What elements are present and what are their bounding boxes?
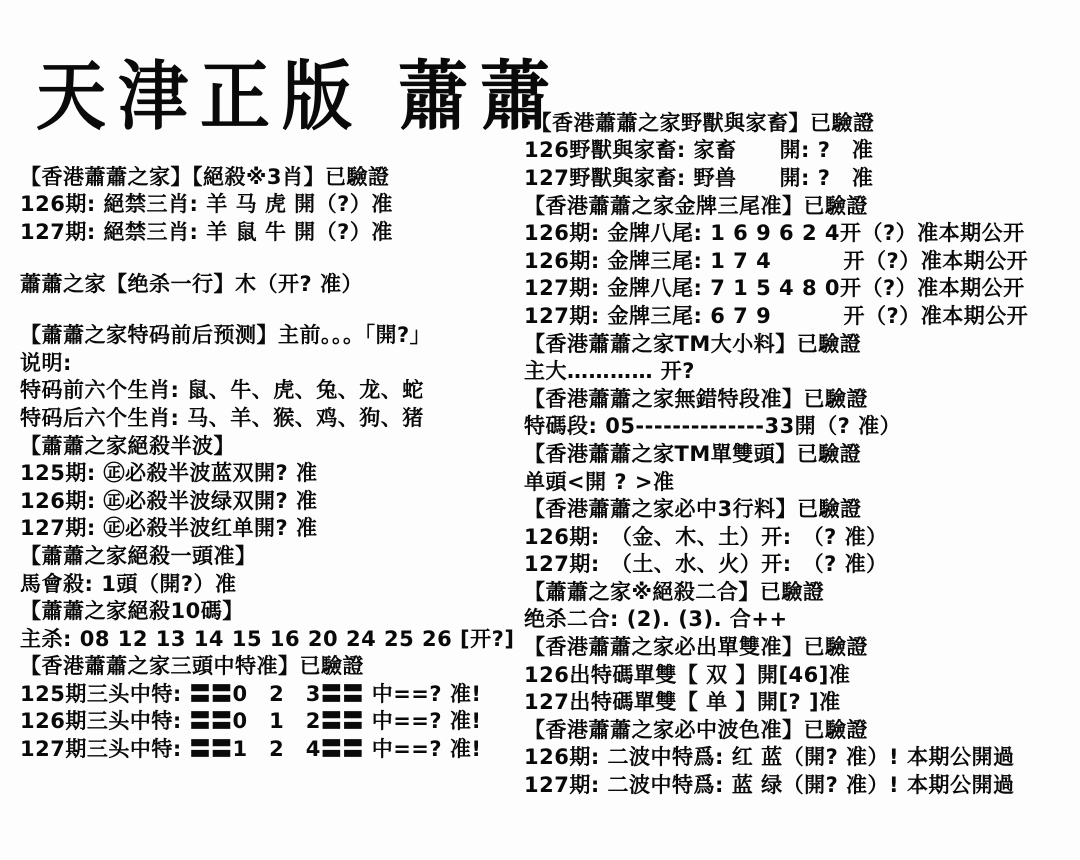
right-column: ··【香港蕭蕭之家野獸與家畜】已驗證 126野獸與家畜: 家畜 開: ? 准 1…: [524, 108, 1076, 798]
text-line: 127期: 金牌三尾: 6 7 9 开（?）准本期公开: [524, 301, 1076, 329]
spacer: [20, 296, 520, 320]
text-line: 127期: 二波中特爲: 蓝 绿（開? 准）! 本期公開過: [524, 770, 1076, 798]
text-line: 127期: （土、水、火）开: （? 准）: [524, 550, 1076, 578]
text-line: 126期: 二波中特爲: 红 蓝（開? 准）! 本期公開過: [524, 743, 1076, 771]
text-line: 主杀: 08 12 13 14 15 16 20 24 25 26 [开?]: [20, 624, 520, 652]
text-line: 主大………… 开?: [524, 356, 1076, 384]
text-line: 125期: ㊣必殺半波蓝双開? 准: [20, 458, 520, 486]
section-header: 【蕭蕭之家※絕殺二合】已驗證: [524, 577, 1076, 605]
section-header: 【蕭蕭之家絕殺10碼】: [20, 596, 520, 624]
section-header: 【香港蕭蕭之家必出單雙准】已驗證: [524, 632, 1076, 660]
section-header: 【香港蕭蕭之家必中3行料】已驗證: [524, 494, 1076, 522]
text-line: 126期: 金牌三尾: 1 7 4 开（?）准本期公开: [524, 246, 1076, 274]
text-line: 126期: 金牌八尾: 1 6 9 6 2 4开（?）准本期公开: [524, 218, 1076, 246]
section-header: 【香港蕭蕭之家TM單雙頭】已驗證: [524, 439, 1076, 467]
section-header: 【蕭蕭之家特码前后预测】主前。。。「開?」: [20, 320, 520, 348]
section-header: ··【香港蕭蕭之家野獸與家畜】已驗證: [524, 108, 1076, 136]
text-line: 单頭<開 ? >准: [524, 467, 1076, 495]
text-line: 127期: ㊣必殺半波红单開? 准: [20, 514, 520, 542]
left-column: 【香港蕭蕭之家】【絕殺※3肖】已驗證 126期: 絕禁三肖: 羊 马 虎 開（?…: [20, 162, 520, 762]
text-line: 126期: 絕禁三肖: 羊 马 虎 開（?）准: [20, 190, 520, 218]
section-header: 【香港蕭蕭之家】【絕殺※3肖】已驗證: [20, 162, 520, 190]
page-title: 天津正版 蕭蕭: [36, 38, 562, 142]
section-header: 【香港蕭蕭之家金牌三尾准】已驗證: [524, 191, 1076, 219]
text-line: 特碼段: 05--------------33開（? 准）: [524, 412, 1076, 440]
text-line: 说明:: [20, 348, 520, 376]
text-line: 127期: 絕禁三肖: 羊 鼠 牛 開（?）准: [20, 217, 520, 245]
text-line: 127出特碼單雙【 单 】開[? ]准: [524, 687, 1076, 715]
text-line: 特码前六个生肖: 鼠、牛、虎、兔、龙、蛇: [20, 376, 520, 404]
section-header: 【香港蕭蕭之家TM大小料】已驗證: [524, 329, 1076, 357]
section-header: 【蕭蕭之家絕殺一頭准】: [20, 541, 520, 569]
text-line: 125期三头中特: 〓〓0 2 3〓〓 中==? 准!: [20, 679, 520, 707]
text-line: 127野獸與家畜: 野兽 開: ? 准: [524, 163, 1076, 191]
section-header: 【香港蕭蕭之家必中波色准】已驗證: [524, 715, 1076, 743]
text-line: 绝杀二合: (2). (3). 合++: [524, 605, 1076, 633]
text-line: 127期三头中特: 〓〓1 2 4〓〓 中==? 准!: [20, 734, 520, 762]
text-line: 127期: 金牌八尾: 7 1 5 4 8 0开（?）准本期公开: [524, 274, 1076, 302]
text-line: 馬會殺: 1頭（開?）准: [20, 569, 520, 597]
section-header: 【蕭蕭之家絕殺半波】: [20, 431, 520, 459]
text-line: 特码后六个生肖: 马、羊、猴、鸡、狗、猪: [20, 403, 520, 431]
section-header: 【香港蕭蕭之家三頭中特准】已驗證: [20, 652, 520, 680]
text-line: 126期: ㊣必殺半波绿双開? 准: [20, 486, 520, 514]
text-line: 126出特碼單雙【 双 】開[46]准: [524, 660, 1076, 688]
text-line: 蕭蕭之家【绝杀一行】木（开? 准）: [20, 269, 520, 297]
spacer: [20, 245, 520, 269]
tip-sheet-page: 天津正版 蕭蕭 【香港蕭蕭之家】【絕殺※3肖】已驗證 126期: 絕禁三肖: 羊…: [0, 0, 1080, 860]
text-line: 126野獸與家畜: 家畜 開: ? 准: [524, 136, 1076, 164]
text-line: 126期三头中特: 〓〓0 1 2〓〓 中==? 准!: [20, 707, 520, 735]
title-edition: 天津正版: [36, 35, 364, 144]
section-header: 【香港蕭蕭之家無錯特段准】已驗證: [524, 384, 1076, 412]
text-line: 126期: （金、木、土）开: （? 准）: [524, 522, 1076, 550]
